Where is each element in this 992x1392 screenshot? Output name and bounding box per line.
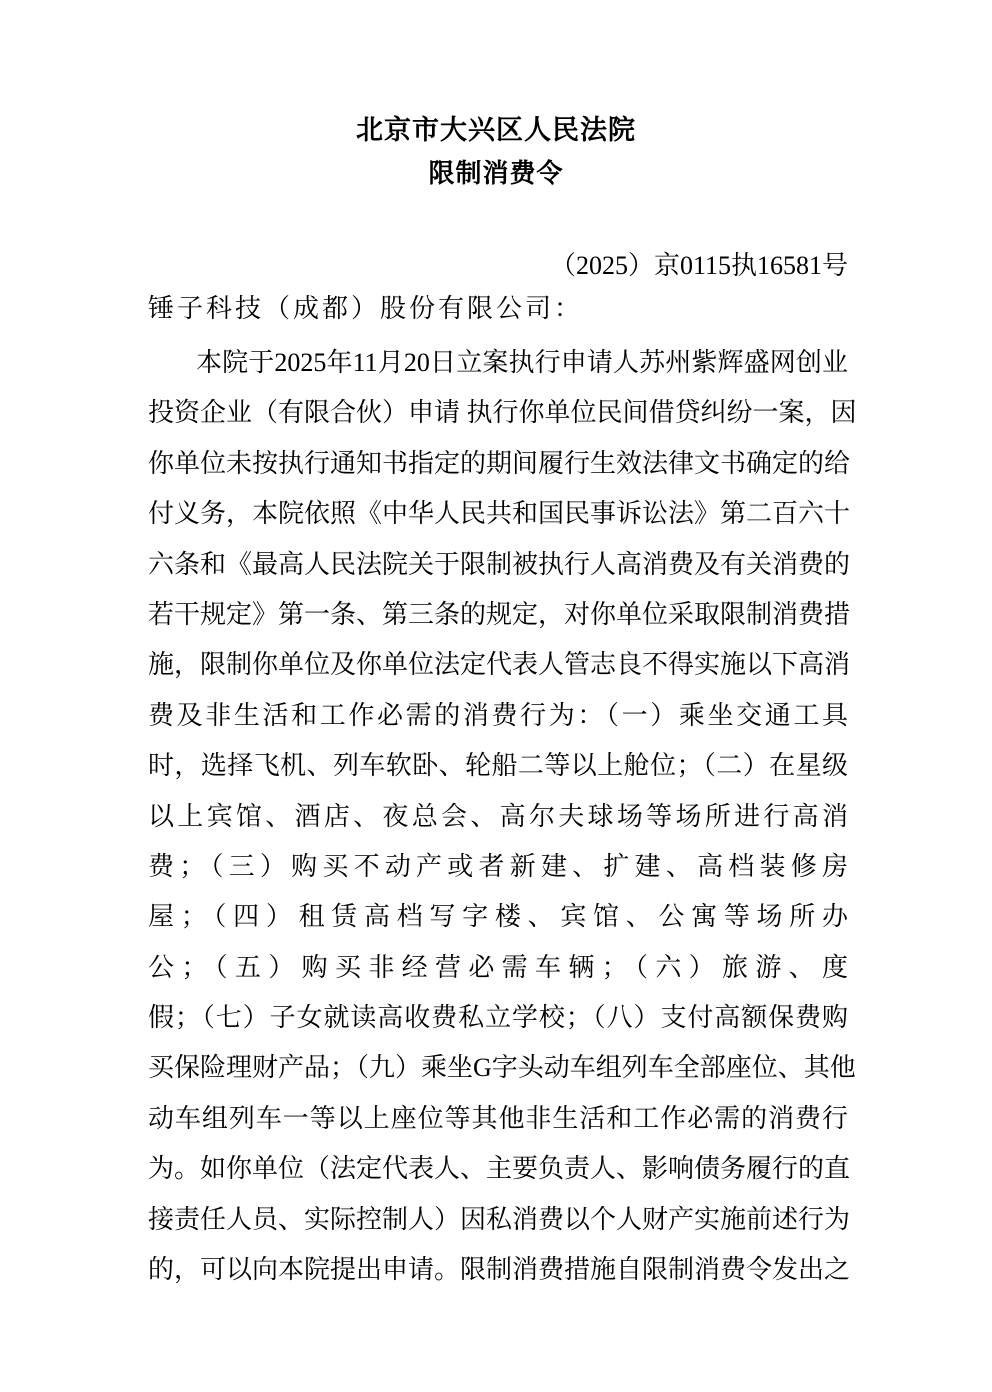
body-line: 接责任人员、实际控制人）因私消费以个人财产实施前述行为 <box>148 1195 848 1245</box>
body-line: 投资企业（有限合伙）申请 执行你单位民间借贷纠纷一案，因 <box>148 388 848 438</box>
body-line: 时，选择飞机、列车软卧、轮船二等以上舱位；（二）在星级 <box>148 741 848 791</box>
body-line: 本院于2025年11月20日立案执行申请人苏州紫辉盛网创业 <box>148 338 848 388</box>
body-line: 假；（七）子女就读高收费私立学校；（八）支付高额保费购 <box>148 993 848 1043</box>
body-line: 的，可以向本院提出申请。限制消费措施自限制消费令发出之 <box>148 1245 848 1295</box>
body-line: 若干规定》第一条、第三条的规定，对你单位采取限制消费措 <box>148 590 848 640</box>
body-line: 公；（五）购买非经营必需车辆；（六）旅游、度 <box>148 943 848 993</box>
body-line: 买保险理财产品；（九）乘坐G字头动车组列车全部座位、其他 <box>148 1043 848 1093</box>
body-line: 费及非生活和工作必需的消费行为：（一）乘坐交通工具 <box>148 691 848 741</box>
document-title: 限制消费令 <box>0 158 992 190</box>
body-line: 以上宾馆、酒店、夜总会、高尔夫球场等场所进行高消 <box>148 792 848 842</box>
body-line: 付义务，本院依照《中华人民共和国民事诉讼法》第二百六十 <box>148 489 848 539</box>
document-page: 北京市大兴区人民法院 限制消费令 （2025）京0115执16581号 锤子科技… <box>0 0 992 1392</box>
body-line: 动车组列车一等以上座位等其他非生活和工作必需的消费行 <box>148 1094 848 1144</box>
addressee-line: 锤子科技（成都）股份有限公司： <box>148 293 850 325</box>
case-number: （2025）京0115执16581号 <box>148 250 848 282</box>
body-line: 费；（三）购买不动产或者新建、扩建、高档装修房 <box>148 842 848 892</box>
court-name-heading: 北京市大兴区人民法院 <box>0 114 992 146</box>
body-text: 本院于2025年11月20日立案执行申请人苏州紫辉盛网创业 投资企业（有限合伙）… <box>148 338 848 1295</box>
body-line: 为。如你单位（法定代表人、主要负责人、影响债务履行的直 <box>148 1144 848 1194</box>
body-line: 屋；（四）租赁高档写字楼、宾馆、公寓等场所办 <box>148 892 848 942</box>
body-line: 六条和《最高人民法院关于限制被执行人高消费及有关消费的 <box>148 540 848 590</box>
body-line: 你单位未按执行通知书指定的期间履行生效法律文书确定的给 <box>148 439 848 489</box>
body-line: 施，限制你单位及你单位法定代表人管志良不得实施以下高消 <box>148 640 848 690</box>
